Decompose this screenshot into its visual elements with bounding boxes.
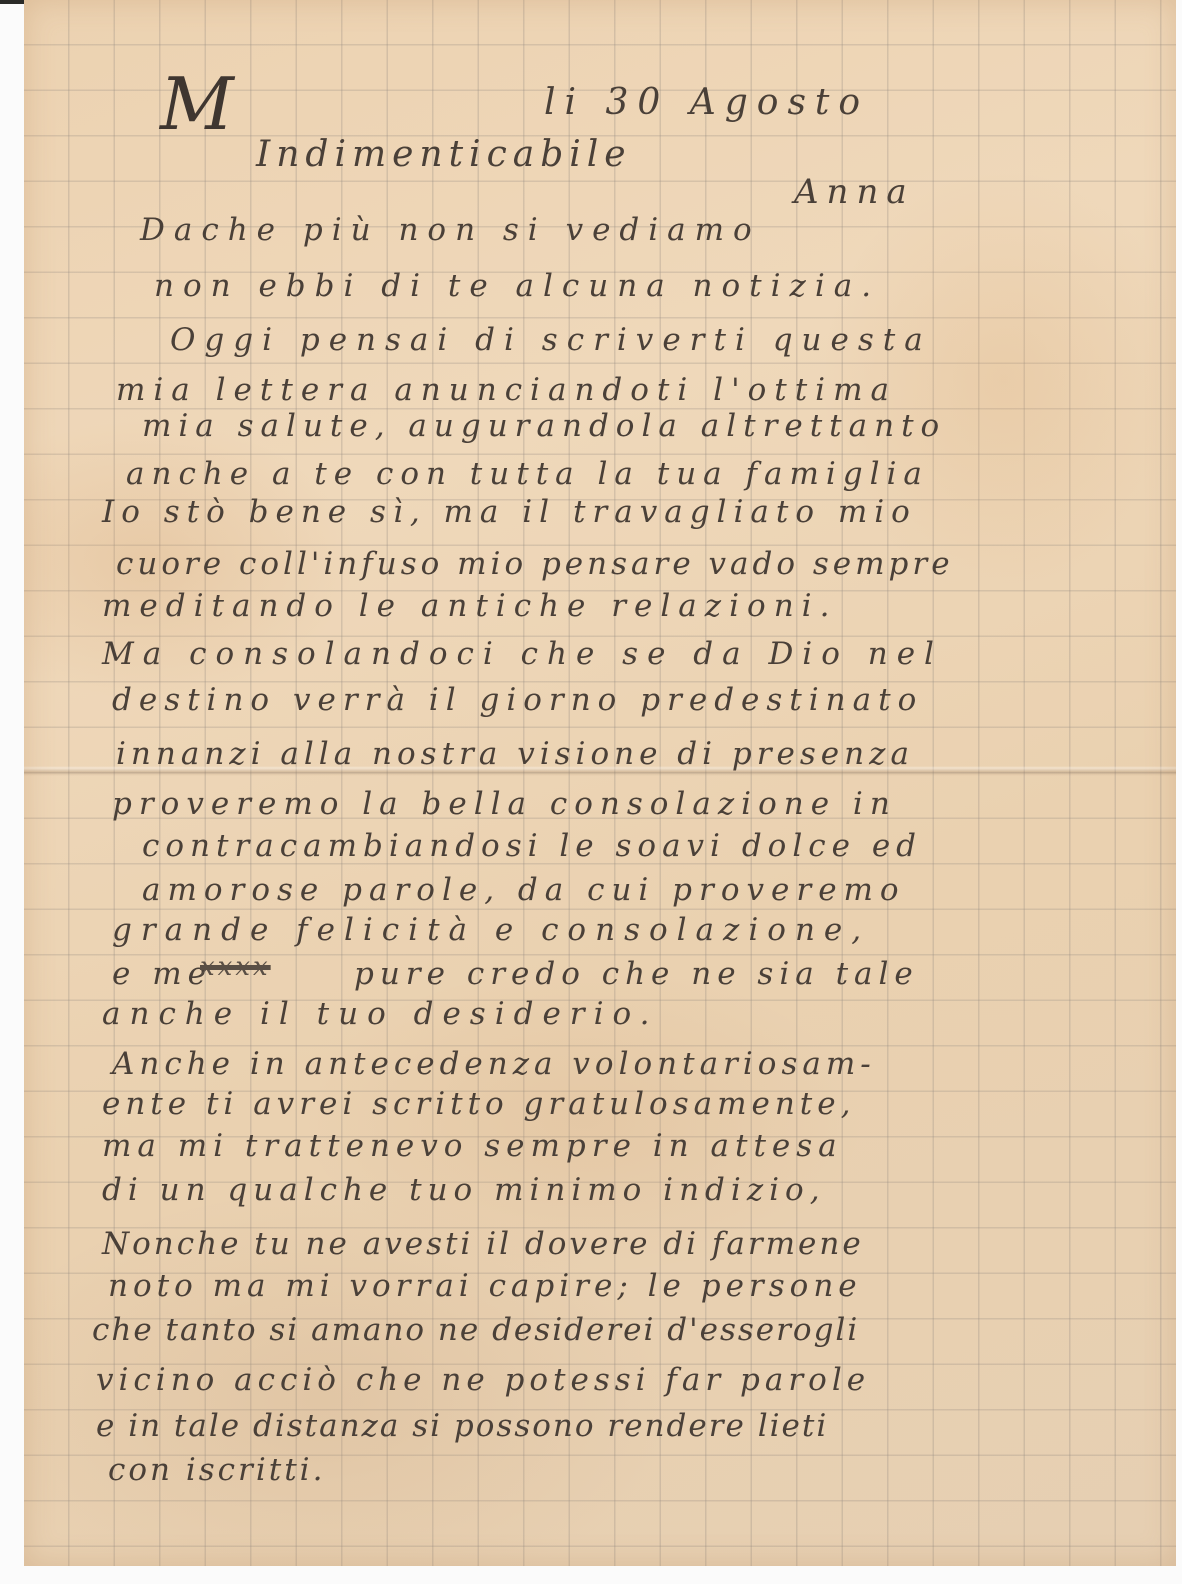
body-line: proveremo la bella consolazione in — [112, 786, 897, 822]
body-line: Dache più non si vediamo — [140, 212, 761, 248]
body-line: amorose parole, da cui proveremo — [142, 872, 906, 908]
body-line: non ebbi di te alcuna notizia. — [154, 268, 880, 304]
salutation-line-1: Indimenticabile — [256, 134, 632, 175]
body-line: Io stò bene sì, ma il travagliato mio — [102, 494, 917, 530]
salutation-line-2: Anna — [794, 172, 915, 212]
letter-date: li 30 Agosto — [544, 82, 869, 123]
body-line: mia salute, augurandola altrettanto — [142, 408, 946, 444]
body-line: contracambiandosi le soavi dolce ed — [142, 828, 922, 864]
body-line: e me — [112, 956, 212, 992]
body-line: di un qualche tuo minimo indizio, — [102, 1172, 826, 1208]
body-line: innanzi alla nostra visione di presenza — [116, 736, 914, 772]
body-line: Nonche tu ne avesti il dovere di farmene — [102, 1226, 864, 1262]
body-line: con iscritti. — [108, 1452, 325, 1488]
body-line: ma mi trattenevo sempre in attesa — [102, 1128, 843, 1164]
body-line: anche a te con tutta la tua famiglia — [126, 456, 929, 492]
body-line: e in tale distanza si possono rendere li… — [96, 1408, 828, 1444]
struck-out-word: xxxx — [200, 952, 271, 982]
body-line: ente ti avrei scritto gratulosamente, — [102, 1086, 855, 1122]
body-line: meditando le antiche relazioni. — [102, 588, 837, 624]
body-line: destino verrà il giorno predestinato — [112, 682, 923, 718]
body-line: Oggi pensai di scriverti questa — [170, 322, 932, 358]
body-line: mia lettera anunciandoti l'ottima — [116, 372, 897, 408]
header-initial: M — [160, 62, 237, 146]
body-line: grande felicità e consolazione, — [112, 912, 870, 948]
body-line: cuore coll'infuso mio pensare vado sempr… — [116, 546, 954, 582]
body-line: Ma consolandoci che se da Dio nel — [102, 636, 943, 672]
body-line: noto ma mi vorrai capire; le persone — [108, 1268, 862, 1304]
body-line: vicino acciò che ne potessi far parole — [96, 1362, 870, 1398]
body-line: Anche in antecedenza volontariosam- — [112, 1046, 876, 1082]
body-line: anche il tuo desiderio. — [102, 996, 659, 1032]
body-line: pure credo che ne sia tale — [354, 956, 919, 992]
letter-paper: M li 30 Agosto Indimenticabile Anna Dach… — [24, 0, 1176, 1566]
body-line: che tanto si amano ne desiderei d'essero… — [92, 1312, 859, 1348]
